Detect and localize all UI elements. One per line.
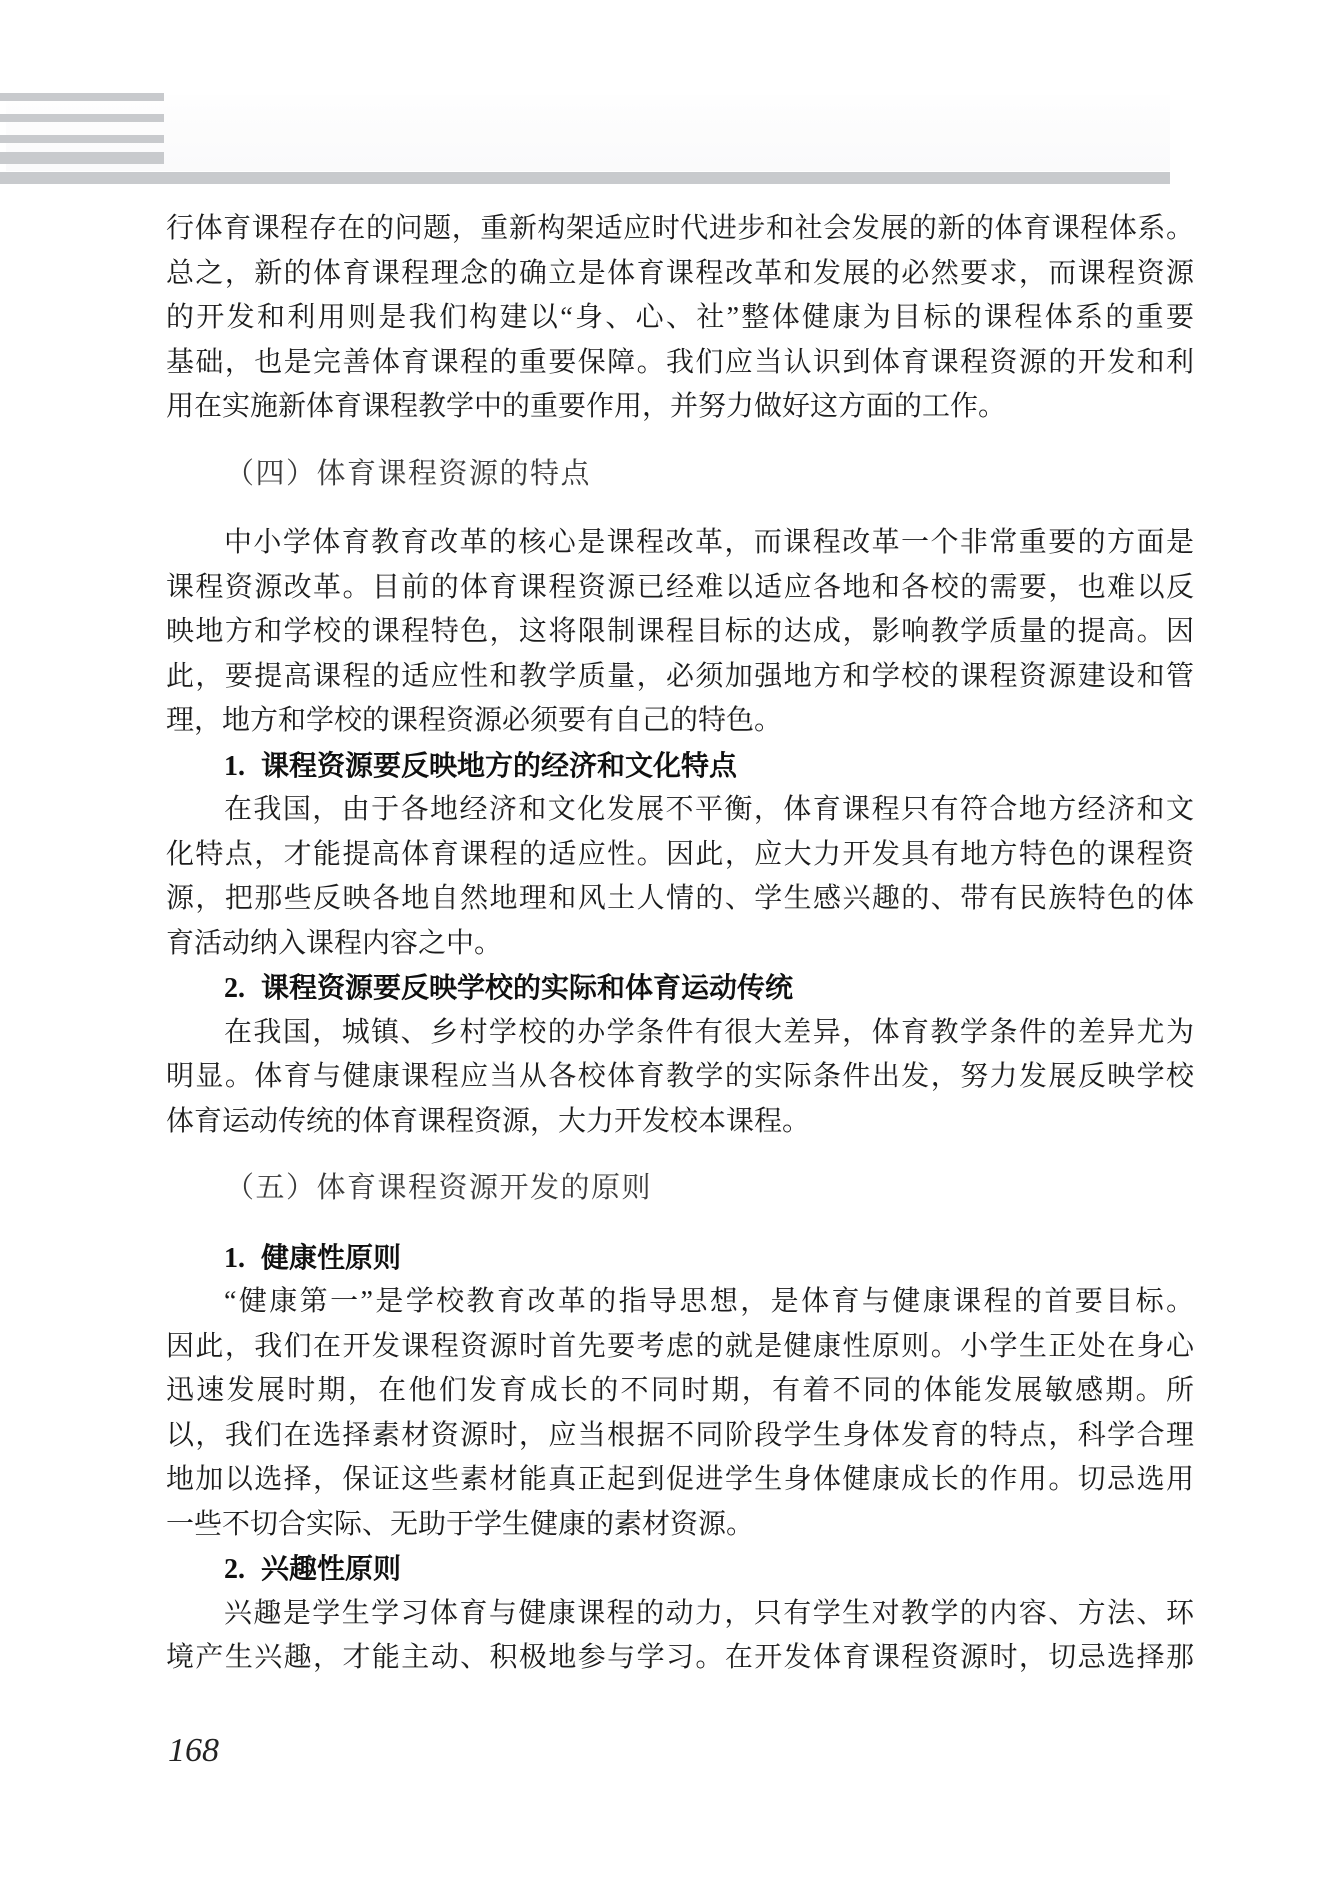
text-line: 行体育课程存在的问题，重新构架适应时代进步和社会发展的新的体育课程体系。 — [166, 207, 1194, 252]
heading-title: 健康性原则 — [261, 1242, 401, 1273]
text-line: 映地方和学校的课程特色，这将限制课程目标的达成，影响教学质量的提高。因 — [166, 610, 1194, 655]
paragraph: 行体育课程存在的问题，重新构架适应时代进步和社会发展的新的体育课程体系。总之，新… — [166, 207, 1194, 430]
text-line: 理，地方和学校的课程资源必须要有自己的特色。 — [166, 699, 1194, 744]
text-line: 境产生兴趣，才能主动、积极地参与学习。在开发体育课程资源时，切忌选择那 — [166, 1636, 1194, 1681]
text-line: 体育运动传统的体育课程资源，大力开发校本课程。 — [166, 1100, 1194, 1145]
text-line: 因此，我们在开发课程资源时首先要考虑的就是健康性原则。小学生正处在身心 — [166, 1325, 1194, 1370]
text-line: 用在实施新体育课程教学中的重要作用，并努力做好这方面的工作。 — [166, 385, 1194, 430]
text-line: 育活动纳入课程内容之中。 — [166, 922, 1194, 967]
heading-title: 课程资源要反映学校的实际和体育运动传统 — [261, 972, 793, 1003]
text-line: 迅速发展时期，在他们发育成长的不同时期，有着不同的体能发展敏感期。所 — [166, 1369, 1194, 1414]
text-line: 明显。体育与健康课程应当从各校体育教学的实际条件出发，努力发展反映学校 — [166, 1055, 1194, 1100]
paragraph: 中小学体育教育改革的核心是课程改革，而课程改革一个非常重要的方面是课程资源改革。… — [166, 521, 1194, 744]
text-line: 在我国，城镇、乡村学校的办学条件有很大差异，体育教学条件的差异尤为 — [166, 1011, 1194, 1056]
text-line: 总之，新的体育课程理念的确立是体育课程改革和发展的必然要求，而课程资源 — [166, 252, 1194, 297]
text-line: 此，要提高课程的适应性和教学质量，必须加强地方和学校的课程资源建设和管 — [166, 655, 1194, 700]
section-heading: （四）体育课程资源的特点 — [166, 452, 1194, 497]
text-line: 兴趣是学生学习体育与健康课程的动力，只有学生对教学的内容、方法、环 — [166, 1592, 1194, 1637]
book-page: 行体育课程存在的问题，重新构架适应时代进步和社会发展的新的体育课程体系。总之，新… — [0, 0, 1331, 1884]
text-line: 化特点，才能提高体育课程的适应性。因此，应大力开发具有地方特色的课程资 — [166, 833, 1194, 878]
section-heading: （五）体育课程资源开发的原则 — [166, 1166, 1194, 1211]
content: 行体育课程存在的问题，重新构架适应时代进步和社会发展的新的体育课程体系。总之，新… — [166, 207, 1194, 1681]
paragraph: 兴趣是学生学习体育与健康课程的动力，只有学生对教学的内容、方法、环境产生兴趣，才… — [166, 1592, 1194, 1681]
header-bar — [0, 135, 164, 143]
paragraph: 在我国，由于各地经济和文化发展不平衡，体育课程只有符合地方经济和文化特点，才能提… — [166, 788, 1194, 966]
heading-number: 1. — [224, 1243, 245, 1274]
paragraph: 在我国，城镇、乡村学校的办学条件有很大差异，体育教学条件的差异尤为明显。体育与健… — [166, 1011, 1194, 1145]
text-line: 的开发和利用则是我们构建以“身、心、社”整体健康为目标的课程体系的重要 — [166, 296, 1194, 341]
numbered-heading: 1.课程资源要反映地方的经济和文化特点 — [166, 744, 1194, 789]
numbered-heading: 2.兴趣性原则 — [166, 1547, 1194, 1592]
text-line: 以，我们在选择素材资源时，应当根据不同阶段学生身体发育的特点，科学合理 — [166, 1414, 1194, 1459]
heading-title: 兴趣性原则 — [261, 1553, 401, 1584]
text-line: “健康第一”是学校教育改革的指导思想，是体育与健康课程的首要目标。 — [166, 1280, 1194, 1325]
paragraph: “健康第一”是学校教育改革的指导思想，是体育与健康课程的首要目标。因此，我们在开… — [166, 1280, 1194, 1547]
text-line: 中小学体育教育改革的核心是课程改革，而课程改革一个非常重要的方面是 — [166, 521, 1194, 566]
heading-title: 课程资源要反映地方的经济和文化特点 — [261, 750, 737, 781]
numbered-heading: 2.课程资源要反映学校的实际和体育运动传统 — [166, 966, 1194, 1011]
text-line: 一些不切合实际、无助于学生健康的素材资源。 — [166, 1503, 1194, 1548]
numbered-heading: 1.健康性原则 — [166, 1236, 1194, 1281]
header-bar — [0, 93, 164, 101]
page-number: 168 — [168, 1732, 219, 1770]
header-rule-bar — [0, 172, 1170, 184]
header-bar — [0, 114, 164, 122]
heading-number: 2. — [224, 1554, 245, 1585]
text-line: 源，把那些反映各地自然地理和风土人情的、学生感兴趣的、带有民族特色的体 — [166, 877, 1194, 922]
text-line: 在我国，由于各地经济和文化发展不平衡，体育课程只有符合地方经济和文 — [166, 788, 1194, 833]
heading-number: 1. — [224, 751, 245, 782]
heading-number: 2. — [224, 973, 245, 1004]
text-line: 基础，也是完善体育课程的重要保障。我们应当认识到体育课程资源的开发和利 — [166, 341, 1194, 386]
header-gradient-band — [6, 95, 1170, 171]
text-line: 课程资源改革。目前的体育课程资源已经难以适应各地和各校的需要，也难以反 — [166, 566, 1194, 611]
header-bar — [0, 152, 164, 164]
text-line: 地加以选择，保证这些素材能真正起到促进学生身体健康成长的作用。切忌选用 — [166, 1458, 1194, 1503]
